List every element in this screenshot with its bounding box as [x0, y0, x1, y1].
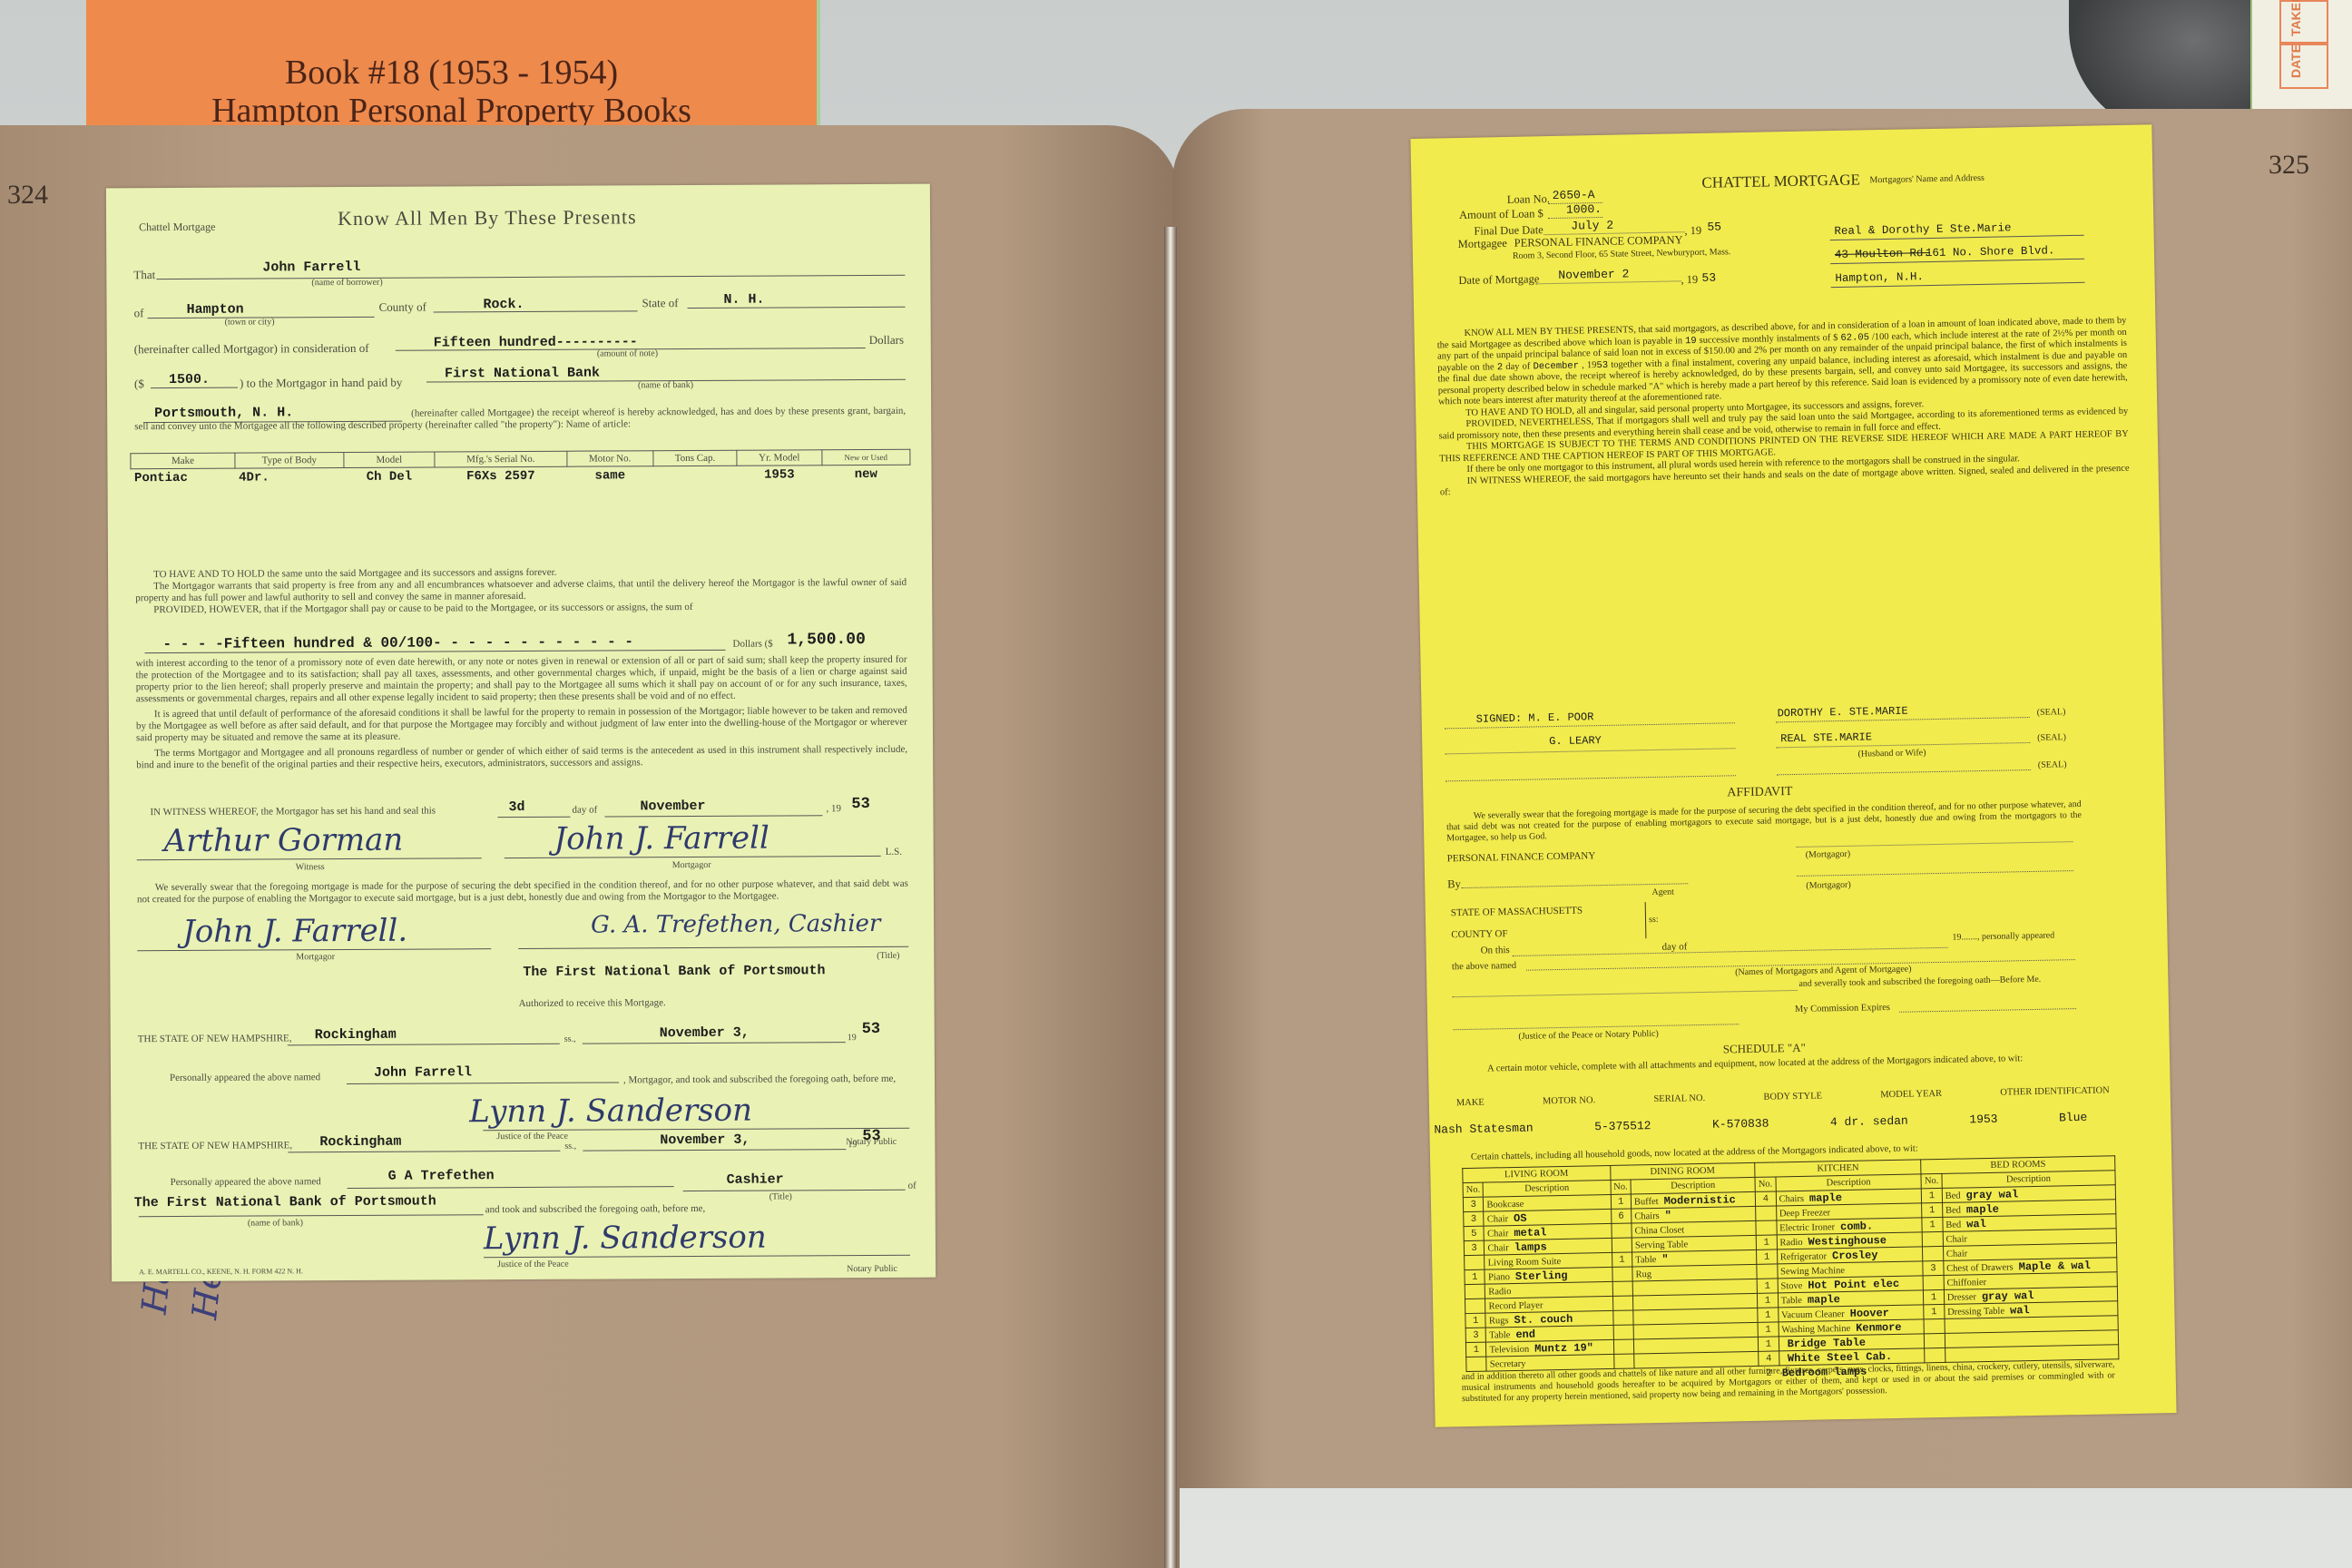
- typed-note: Hot Point elec: [1808, 1277, 1899, 1291]
- item-count: 3: [1463, 1197, 1484, 1211]
- item-count: 1: [1924, 1289, 1945, 1304]
- rule: [1777, 769, 2031, 775]
- mortgagor-signature: John J. Farrell: [554, 820, 769, 857]
- item-count: 1: [1758, 1293, 1779, 1308]
- schedule-vehicle-headers: MAKE MOTOR NO. SERIAL NO. BODY STYLE MOD…: [1456, 1085, 2110, 1108]
- cell: Pontiac: [131, 468, 235, 487]
- col-header: MOTOR NO.: [1543, 1095, 1595, 1106]
- ack2-county: Rockingham: [319, 1134, 401, 1150]
- printed-item: Chair: [1487, 1229, 1509, 1239]
- printed-item: Record Player: [1489, 1300, 1543, 1311]
- label: Mortgagee: [1458, 237, 1507, 251]
- mortgagor-address: 161 No. Shore Blvd.: [1926, 244, 2055, 260]
- typed-note: wal: [1966, 1218, 1986, 1230]
- label: Loan No.: [1507, 192, 1550, 207]
- typed-note: Modernistic: [1663, 1193, 1735, 1208]
- caption: Mortgagor: [296, 952, 335, 962]
- town-value: Hampton: [187, 302, 244, 318]
- printed-item: Vacuum Cleaner: [1781, 1309, 1845, 1320]
- borrower-name: John Farrell: [262, 260, 360, 276]
- item-count: [1465, 1284, 1485, 1298]
- item-count: 1: [1922, 1188, 1943, 1202]
- printed-item: Chiffonier: [1946, 1278, 1986, 1289]
- label: day of: [572, 805, 597, 816]
- brace: [1643, 902, 1647, 938]
- printed-item: Secretary: [1490, 1358, 1526, 1369]
- cell: 1953: [1969, 1112, 1998, 1127]
- printed-item: Dresser: [1947, 1292, 1976, 1303]
- label: By: [1447, 877, 1461, 891]
- chattel-mortgage-form-left: Chattel Mortgage Know All Men By These P…: [106, 184, 936, 1282]
- label: Personally appeared the above named: [170, 1072, 320, 1083]
- item-count: 3: [1464, 1240, 1485, 1255]
- oath-bank-name: The First National Bank of Portsmouth: [523, 963, 825, 980]
- ack1-date: November 3,: [660, 1025, 750, 1042]
- label: 19: [848, 1140, 857, 1150]
- cell: Ch Del: [344, 467, 436, 486]
- rule: [156, 275, 905, 279]
- rule: [518, 946, 908, 949]
- mortgagor-address-struck: 43 Moulton Rd.: [1835, 247, 1930, 261]
- printed-item: Television: [1489, 1344, 1529, 1355]
- label: and severally took and subscribed the fo…: [1798, 975, 2041, 989]
- col-header: SERIAL NO.: [1653, 1093, 1705, 1104]
- rule: [1797, 870, 2073, 877]
- item-count: [1465, 1298, 1486, 1313]
- label: Personally appeared the above named: [171, 1176, 321, 1188]
- col-header: Tons Cap.: [653, 450, 737, 465]
- card-cell: [2279, 42, 2328, 89]
- affidavit-text: We severally swear that the foregoing mo…: [1446, 799, 2082, 844]
- col-header: Type of Body: [235, 453, 344, 469]
- witness-1: SIGNED: M. E. POOR: [1476, 710, 1594, 725]
- item-count: 6: [1611, 1209, 1632, 1223]
- rule: [583, 1149, 846, 1151]
- rule: [288, 1151, 560, 1153]
- ack2-year: 53: [862, 1128, 881, 1145]
- label: STATE OF MASSACHUSETTS: [1451, 905, 1583, 918]
- cell: 4Dr.: [235, 468, 344, 487]
- label: ss:: [1649, 915, 1659, 925]
- witness-day: 3d: [508, 799, 524, 815]
- typed-note: Muntz 19": [1534, 1341, 1593, 1355]
- county-label: County of: [379, 300, 426, 315]
- of-label: of: [134, 306, 144, 320]
- ack1-notary-signature: Lynn J. Sanderson: [469, 1093, 752, 1131]
- typed-note: OS: [1514, 1211, 1527, 1224]
- printed-item: Electric Ironer: [1779, 1222, 1835, 1233]
- rule: [288, 1044, 560, 1046]
- grant-text: (hereinafter called Mortgagee) the recei…: [134, 406, 906, 433]
- first-payment-month: December: [1533, 360, 1579, 372]
- cell: 1953: [737, 465, 822, 485]
- label: , 19: [826, 803, 841, 814]
- main-clause: KNOW ALL MEN BY THESE PRESENTS, that sai…: [1436, 316, 2129, 499]
- label: , Mortgagor, and took and subscribed the…: [623, 1073, 909, 1086]
- typed-note: wal: [2010, 1304, 2030, 1317]
- rule: [604, 815, 822, 817]
- card-label-taken: TAKEN: [2288, 0, 2303, 36]
- label: COUNTY OF: [1451, 928, 1507, 940]
- rule: [1453, 1024, 1739, 1030]
- item-count: 3: [1923, 1260, 1944, 1275]
- text: successive monthly instalments of $: [1699, 332, 1837, 345]
- state-label: State of: [642, 296, 678, 310]
- county-value: Rock.: [483, 297, 524, 312]
- cell: same: [566, 466, 653, 485]
- item-count: 1: [1924, 1304, 1945, 1318]
- ack2-bank: The First National Bank of Portsmouth: [134, 1193, 436, 1210]
- label: the above named: [1452, 961, 1516, 972]
- loan-number: 2650-A: [1553, 188, 1595, 202]
- col-header: No.: [1611, 1180, 1632, 1194]
- typed-note: Crosley: [1832, 1249, 1878, 1262]
- rule: [1899, 1008, 2076, 1013]
- item-count: 3: [1465, 1328, 1486, 1342]
- typed-note: gray wal: [1982, 1289, 2034, 1303]
- cell: [653, 465, 737, 485]
- typed-note: maple: [1966, 1202, 1999, 1216]
- instalments-count: 19: [1685, 335, 1697, 346]
- oath-text: We severally swear that the foregoing mo…: [137, 878, 908, 906]
- printed-item: Table: [1781, 1295, 1802, 1305]
- caption: Notary Public: [847, 1264, 897, 1274]
- item-count: [1612, 1296, 1633, 1310]
- label: THE STATE OF NEW HAMPSHIRE,: [138, 1033, 292, 1044]
- item-count: 1: [1465, 1342, 1486, 1357]
- rule: [1513, 947, 1948, 956]
- item-count: 1: [1465, 1269, 1485, 1284]
- caption: Mortgagor: [672, 860, 711, 870]
- printed-item: Washing Machine: [1781, 1323, 1850, 1334]
- typed-note: end: [1515, 1328, 1535, 1340]
- oath-bank-signature: G. A. Trefethen, Cashier: [591, 910, 880, 939]
- col-header: Mfg.'s Serial No.: [435, 451, 566, 467]
- rule: [348, 1186, 674, 1189]
- cell: 4 dr. sedan: [1830, 1114, 1908, 1130]
- caption: (Husband or Wife): [1857, 748, 1926, 759]
- printed-item: Buffet: [1634, 1196, 1659, 1207]
- index-card: TAKEN DATE: [2250, 0, 2352, 127]
- printed-item: Chair: [1946, 1249, 1968, 1259]
- first-payment-day: 2: [1497, 362, 1504, 373]
- item-count: [1757, 1264, 1778, 1279]
- printed-item: Piano: [1488, 1272, 1510, 1282]
- rule: [583, 1042, 846, 1044]
- printed-item: Table: [1635, 1255, 1656, 1265]
- final-due-date: July 2: [1571, 219, 1613, 233]
- item-count: 1: [1922, 1217, 1943, 1231]
- affidavit-title: AFFIDAVIT: [1727, 785, 1792, 800]
- witness-signature: Arthur Gorman: [164, 822, 404, 859]
- authorized-text: Authorized to receive this Mortgage.: [519, 997, 666, 1009]
- typed-note: maple: [1808, 1293, 1840, 1307]
- para: with interest according to the tenor of …: [136, 654, 907, 705]
- cell: Nash Statesman: [1434, 1122, 1533, 1137]
- names-label: Mortgagors' Name and Address: [1869, 173, 1984, 185]
- rule: [139, 1214, 484, 1217]
- typed-note: White Steel Cab.: [1788, 1350, 1892, 1365]
- item-count: [1466, 1357, 1487, 1371]
- printed-item: Refrigerator: [1780, 1251, 1828, 1262]
- rule: [1445, 775, 1736, 781]
- col-header: New or Used: [821, 449, 910, 465]
- item-count: 1: [1757, 1249, 1778, 1264]
- printed-item: Chair: [1487, 1214, 1509, 1224]
- typed-note: Kenmore: [1856, 1320, 1902, 1334]
- caption: Justice of the Peace: [497, 1259, 569, 1269]
- typed-note: Sterling: [1515, 1269, 1568, 1282]
- col-header: OTHER IDENTIFICATION: [2000, 1085, 2110, 1097]
- interest-clause: with interest according to the tenor of …: [136, 654, 908, 771]
- card-cell: [2279, 0, 2328, 45]
- item-count: 1: [1757, 1279, 1778, 1293]
- rule: [1796, 841, 2073, 848]
- item-count: [1612, 1310, 1633, 1325]
- rule: [683, 1190, 906, 1191]
- item-count: 1: [1759, 1337, 1779, 1351]
- item-count: [1611, 1223, 1632, 1238]
- item-count: 4: [1755, 1191, 1776, 1206]
- label: 19......., personally appeared: [1952, 931, 2054, 943]
- col-header: No.: [1921, 1173, 1942, 1188]
- ack1-year: 53: [862, 1021, 881, 1038]
- printed-item: Deep Freezer: [1779, 1208, 1830, 1219]
- typed-note: ": [1665, 1209, 1671, 1221]
- typed-note: Westinghouse: [1808, 1234, 1886, 1249]
- label: ss.,: [564, 1142, 576, 1151]
- printed-item: Chairs: [1779, 1193, 1804, 1204]
- label: 19: [848, 1033, 857, 1043]
- vehicle-row: Pontiac 4Dr. Ch Del F6Xs 2597 same 1953 …: [131, 465, 910, 487]
- rule: [688, 307, 906, 309]
- label: and took and subscribed the foregoing oa…: [485, 1203, 706, 1215]
- printed-item: Living Room Suite: [1488, 1257, 1562, 1269]
- printed-item: Chair: [1487, 1243, 1509, 1253]
- oath-mortgagor-signature: John J. Farrell.: [182, 913, 407, 950]
- item-count: [1925, 1333, 1945, 1347]
- printed-item: Rug: [1635, 1269, 1651, 1279]
- caption: Justice of the Peace: [496, 1132, 568, 1142]
- col-header: MODEL YEAR: [1880, 1089, 1942, 1100]
- caption: (Title): [769, 1191, 792, 1201]
- printed-item: China Closet: [1635, 1225, 1685, 1236]
- printed-item: Bookcase: [1486, 1199, 1524, 1210]
- printed-item: Rugs: [1489, 1316, 1509, 1326]
- col-header: No.: [1755, 1177, 1776, 1191]
- cell: 5-375512: [1594, 1119, 1651, 1133]
- item-count: 3: [1464, 1211, 1485, 1226]
- printed-item: Serving Table: [1635, 1240, 1688, 1250]
- caption: (amount of note): [597, 348, 658, 358]
- para: The terms Mortgagor and Mortgagee and al…: [136, 744, 907, 771]
- typed-note: lamps: [1514, 1240, 1547, 1254]
- printed-item: Stove: [1780, 1280, 1802, 1290]
- first-payment-year: 53: [1596, 359, 1608, 370]
- printed-item: Table: [1489, 1330, 1510, 1340]
- chattels-text: Certain chattels, including all househol…: [1471, 1143, 1918, 1161]
- printed-item: Bed: [1945, 1220, 1961, 1230]
- item-count: [1613, 1339, 1634, 1354]
- caption: (name of borrower): [311, 278, 382, 288]
- item-count: 4: [1759, 1351, 1779, 1366]
- col-header: Motor No.: [566, 451, 653, 467]
- final-due-year: 55: [1707, 220, 1721, 233]
- item-count: 1: [1922, 1202, 1943, 1217]
- typed-note: metal: [1514, 1226, 1546, 1240]
- instalment-amount: 62.05: [1840, 332, 1869, 344]
- typed-note: St. couch: [1514, 1312, 1573, 1326]
- typed-note: Maple & wal: [2019, 1259, 2091, 1273]
- item-count: [1613, 1354, 1634, 1368]
- chattel-mortgage-form-right: CHATTEL MORTGAGE Mortgagors' Name and Ad…: [1410, 124, 2176, 1426]
- label: My Commission Expires: [1795, 1003, 1890, 1014]
- seal-label: (SEAL): [2037, 707, 2066, 718]
- witness-2: G. LEARY: [1549, 734, 1602, 748]
- sum-in-words: - - - -Fifteen hundred & 00/100- - - - -…: [162, 633, 633, 652]
- witness-month: November: [640, 799, 705, 814]
- item-count: 1: [1758, 1308, 1779, 1322]
- caption: (name of bank): [248, 1218, 303, 1228]
- affidavit-company: PERSONAL FINANCE COMPANY: [1447, 850, 1596, 864]
- item-count: 1: [1465, 1313, 1486, 1328]
- label: On this: [1481, 945, 1510, 956]
- household-goods-table: LIVING ROOM DINING ROOM KITCHEN BED ROOM…: [1462, 1155, 2119, 1386]
- vehicle-table: Make Type of Body Model Mfg.'s Serial No…: [130, 449, 910, 488]
- item-count: [1465, 1255, 1485, 1269]
- form-type-label: Chattel Mortgage: [139, 220, 215, 234]
- typed-note: maple: [1809, 1191, 1842, 1205]
- item-count: [1925, 1347, 1945, 1362]
- item-count: 5: [1464, 1226, 1485, 1240]
- ack2-name: G A Trefethen: [388, 1168, 495, 1184]
- label: of: [908, 1181, 916, 1191]
- label: , 19: [1681, 273, 1698, 287]
- witness-clause: IN WITNESS WHEREOF, the Mortgagor has se…: [150, 805, 436, 818]
- printed-item: Sewing Machine: [1780, 1266, 1845, 1277]
- para: It is agreed that until default of perfo…: [136, 705, 907, 744]
- signer-1: DOROTHY E. STE.MARIE: [1778, 705, 1908, 720]
- label: THE STATE OF NEW HAMPSHIRE,: [138, 1140, 292, 1151]
- bank-name: First National Bank: [445, 366, 600, 382]
- item-count: [1923, 1275, 1944, 1289]
- mortgagor-city: Hampton, N.H.: [1835, 270, 1924, 285]
- ack2-date: November 3,: [660, 1132, 750, 1149]
- printed-item: Bed: [1945, 1191, 1961, 1200]
- printed-item: Radio: [1488, 1287, 1511, 1297]
- printed-item: Chairs: [1634, 1210, 1660, 1221]
- form-title: Know All Men By These Presents: [338, 205, 637, 230]
- rule: [434, 310, 638, 312]
- seal-label: (SEAL): [2038, 759, 2067, 770]
- caption: Witness: [296, 862, 325, 872]
- caption: Agent: [1651, 887, 1674, 897]
- item-count: 1: [1756, 1235, 1777, 1249]
- seal-label: (SEAL): [2037, 732, 2066, 743]
- col-header: Model: [343, 452, 435, 468]
- cell: F6Xs 2597: [435, 466, 566, 485]
- cover-title: Book #18 (1953 - 1954): [86, 53, 817, 93]
- item-count: 1: [1612, 1252, 1632, 1267]
- item-count: 1: [1611, 1194, 1632, 1209]
- label: , 19: [1684, 224, 1701, 238]
- typed-note: Hoover: [1850, 1307, 1889, 1320]
- label: ss.,: [564, 1034, 576, 1044]
- label: day of: [1661, 941, 1687, 953]
- card-label-date: DATE: [2288, 44, 2303, 78]
- typed-note: comb.: [1840, 1220, 1873, 1233]
- dollars-label: Dollars ($: [732, 639, 772, 650]
- ack1-county: Rockingham: [315, 1027, 397, 1043]
- ack1-name: John Farrell: [374, 1064, 472, 1081]
- cell: new: [822, 465, 911, 484]
- rule: [1453, 990, 1798, 997]
- caption: (Title): [877, 951, 899, 961]
- dollars-label: Dollars: [869, 333, 904, 348]
- rule: [347, 1082, 619, 1084]
- state-value: N. H.: [723, 292, 764, 308]
- consideration-label: (hereinafter called Mortgagor) in consid…: [134, 341, 369, 357]
- col-header: Make: [131, 453, 235, 469]
- printed-item: Bed: [1945, 1205, 1961, 1215]
- caption: (name of bank): [638, 380, 693, 390]
- typed-note: gray wal: [1965, 1188, 2018, 1201]
- printed-item: Chest of Drawers: [1946, 1262, 2014, 1273]
- typed-note: Bridge Table: [1788, 1336, 1867, 1350]
- mortgage-year: 53: [1701, 271, 1716, 285]
- col-header: MAKE: [1456, 1098, 1485, 1109]
- hold-clause: TO HAVE AND TO HOLD the same unto the sa…: [135, 565, 906, 616]
- printed-item: Chair: [1946, 1234, 1968, 1244]
- cell: K-570838: [1712, 1117, 1769, 1132]
- caption: (Mortgagor): [1806, 849, 1851, 860]
- amount-number: 1500.: [169, 372, 210, 387]
- col-header: Yr. Model: [737, 450, 822, 465]
- item-count: [1613, 1325, 1634, 1339]
- label: Amount of Loan $: [1459, 207, 1543, 222]
- that-label: That: [133, 268, 155, 282]
- item-count: 1: [1758, 1322, 1779, 1337]
- signer-2: REAL STE.MARIE: [1780, 730, 1872, 745]
- caption: (Names of Mortgagors and Agent of Mortga…: [1735, 965, 1912, 978]
- item-count: [1756, 1220, 1777, 1235]
- book-spine: [1164, 227, 1177, 1568]
- item-count: [1756, 1206, 1777, 1220]
- label: Date of Mortgage: [1458, 272, 1539, 288]
- left-page-number: 324: [7, 180, 48, 211]
- col-header: BODY STYLE: [1763, 1091, 1822, 1102]
- schedule-title: SCHEDULE "A": [1723, 1041, 1806, 1057]
- witness-year: 53: [851, 796, 870, 813]
- ack2-title: Cashier: [727, 1171, 784, 1187]
- item-count: [1923, 1246, 1944, 1260]
- item-count: [1612, 1267, 1632, 1281]
- item-count: [1612, 1281, 1633, 1296]
- mortgagor-names: Real & Dorothy E Ste.Marie: [1834, 221, 2011, 238]
- item-count: [1924, 1318, 1945, 1333]
- paid-by-label: ) to the Mortgagor in hand paid by: [240, 376, 403, 391]
- mortgage-date: November 2: [1558, 267, 1629, 281]
- ack2-notary-signature: Lynn J. Sanderson: [484, 1220, 767, 1258]
- printed-item: Dressing Table: [1947, 1306, 2004, 1317]
- col-header: No.: [1463, 1182, 1484, 1197]
- right-page-number: 325: [2269, 150, 2309, 181]
- typed-note: ": [1661, 1252, 1668, 1265]
- loan-amount: 1000.: [1566, 202, 1602, 217]
- printer-imprint: A. E. MARTELL CO., KEENE, N. H. FORM 422…: [139, 1267, 303, 1276]
- caption: (town or city): [225, 317, 275, 327]
- caption: (Mortgagor): [1806, 880, 1851, 891]
